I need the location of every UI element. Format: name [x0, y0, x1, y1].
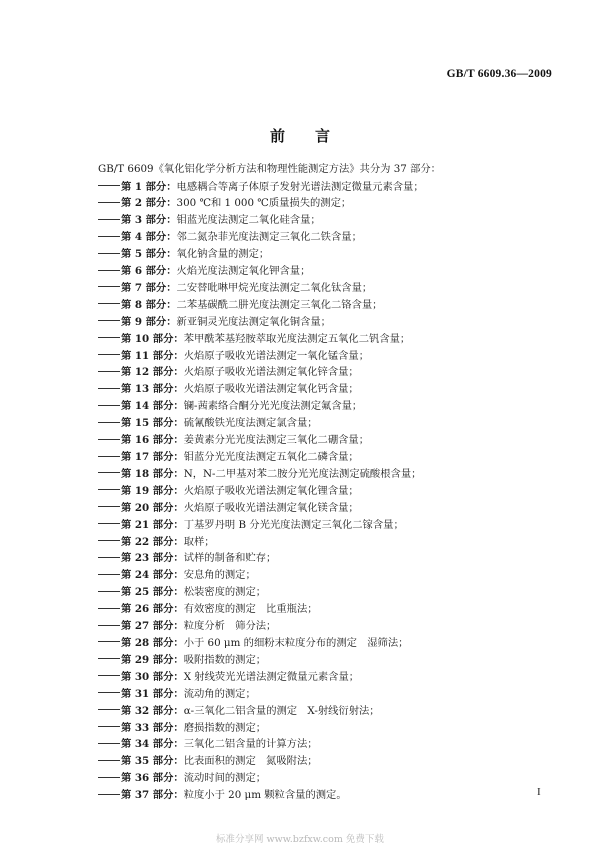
part-title: 镧-茜素络合酮分光光度法测定氟含量； [184, 400, 363, 412]
list-item-part-33: 第 33 部分：磨损指数的测定； [98, 720, 424, 737]
em-dash-bullet [98, 236, 120, 237]
list-item-part-20: 第 20 部分：火焰原子吸收光谱法测定氧化镁含量； [98, 500, 424, 517]
part-title: 火焰原子吸收光谱法测定氧化锂含量； [184, 485, 359, 497]
list-item-part-32: 第 32 部分：α-三氧化二铝含量的测定 X-射线衍射法； [98, 703, 424, 720]
em-dash-bullet [98, 286, 120, 287]
list-item-part-24: 第 24 部分：安息角的测定； [98, 567, 424, 584]
list-item-part-23: 第 23 部分：试样的制备和贮存； [98, 550, 424, 567]
list-item-part-3: 第 3 部分：钼蓝光度法测定二氧化硅含量； [98, 212, 424, 229]
part-label: 第 4 部分： [121, 231, 177, 243]
part-label: 第 12 部分： [121, 366, 184, 378]
part-label: 第 15 部分： [121, 417, 184, 429]
em-dash-bullet [98, 422, 120, 423]
em-dash-bullet [98, 523, 120, 524]
em-dash-bullet [98, 726, 120, 727]
part-label: 第 31 部分： [121, 688, 184, 700]
list-item-part-36: 第 36 部分：流动时间的测定； [98, 770, 424, 787]
part-label: 第 7 部分： [121, 282, 177, 294]
list-item-part-22: 第 22 部分：取样； [98, 534, 424, 551]
em-dash-bullet [98, 709, 120, 710]
list-item-part-35: 第 35 部分：比表面积的测定 氮吸附法； [98, 753, 424, 770]
watermark-text: 标准分享网 www.bzfxw.com 免费下载 [216, 831, 384, 845]
em-dash-bullet [98, 202, 120, 203]
em-dash-bullet [98, 185, 120, 186]
part-label: 第 33 部分： [121, 722, 184, 734]
intro-paragraph: GB/T 6609《氧化铝化学分析方法和物理性能测定方法》共分为 37 部分： [98, 162, 441, 176]
part-label: 第 23 部分： [121, 552, 184, 564]
em-dash-bullet [98, 456, 120, 457]
part-label: 第 2 部分： [121, 197, 177, 209]
em-dash-bullet [98, 557, 120, 558]
em-dash-bullet [98, 608, 120, 609]
parts-list: 第 1 部分：电感耦合等离子体原子发射光谱法测定微量元素含量；第 2 部分：30… [98, 179, 424, 805]
em-dash-bullet [98, 472, 120, 473]
part-title: 小于 60 μm 的细粉末粒度分布的测定 湿筛法； [184, 637, 409, 649]
list-item-part-28: 第 28 部分：小于 60 μm 的细粉末粒度分布的测定 湿筛法； [98, 635, 424, 652]
list-item-part-18: 第 18 部分：N，N-二甲基对苯二胺分光光度法测定硫酸根含量； [98, 466, 424, 483]
em-dash-bullet [98, 506, 120, 507]
part-title: 火焰光度法测定氧化钾含量； [177, 265, 311, 277]
part-label: 第 29 部分： [121, 654, 184, 666]
part-title: 有效密度的测定 比重瓶法； [184, 603, 318, 615]
part-label: 第 3 部分： [121, 214, 177, 226]
em-dash-bullet [98, 574, 120, 575]
part-label: 第 25 部分： [121, 586, 184, 598]
em-dash-bullet [98, 743, 120, 744]
em-dash-bullet [98, 692, 120, 693]
part-title: 新亚铜灵光度法测定氧化铜含量； [177, 316, 331, 328]
em-dash-bullet [98, 354, 120, 355]
standard-code-header: GB/T 6609.36—2009 [447, 68, 552, 80]
part-label: 第 6 部分： [121, 265, 177, 277]
part-label: 第 35 部分： [121, 755, 184, 767]
em-dash-bullet [98, 658, 120, 659]
list-item-part-34: 第 34 部分：三氧化二铝含量的计算方法； [98, 736, 424, 753]
page-title: 前言 [0, 125, 600, 146]
part-label: 第 32 部分： [121, 705, 184, 717]
em-dash-bullet [98, 320, 120, 321]
part-title: 电感耦合等离子体原子发射光谱法测定微量元素含量； [177, 181, 424, 193]
list-item-part-14: 第 14 部分：镧-茜素络合酮分光光度法测定氟含量； [98, 398, 424, 415]
part-label: 第 20 部分： [121, 502, 184, 514]
em-dash-bullet [98, 388, 120, 389]
part-title: 钼蓝光度法测定二氧化硅含量； [177, 214, 321, 226]
list-item-part-5: 第 5 部分：氧化钠含量的测定； [98, 246, 424, 263]
part-label: 第 9 部分： [121, 316, 177, 328]
part-title: 苯甲酰苯基羟胺萃取光度法测定五氧化二钒含量； [184, 333, 411, 345]
part-label: 第 30 部分： [121, 671, 184, 683]
em-dash-bullet [98, 219, 120, 220]
list-item-part-15: 第 15 部分：硫氰酸铁光度法测定氯含量； [98, 415, 424, 432]
em-dash-bullet [98, 270, 120, 271]
part-label: 第 10 部分： [121, 333, 184, 345]
list-item-part-16: 第 16 部分：姜黄素分光光度法测定三氧化二硼含量； [98, 432, 424, 449]
em-dash-bullet [98, 625, 120, 626]
part-label: 第 26 部分： [121, 603, 184, 615]
part-label: 第 34 部分： [121, 738, 184, 750]
list-item-part-7: 第 7 部分：二安替吡啉甲烷光度法测定二氧化钛含量； [98, 280, 424, 297]
part-title: 试样的制备和贮存； [184, 552, 277, 564]
em-dash-bullet [98, 337, 120, 338]
part-label: 第 5 部分： [121, 248, 177, 260]
em-dash-bullet [98, 489, 120, 490]
part-title: 硫氰酸铁光度法测定氯含量； [184, 417, 318, 429]
list-item-part-27: 第 27 部分：粒度分析 筛分法； [98, 618, 424, 635]
em-dash-bullet [98, 540, 120, 541]
list-item-part-12: 第 12 部分：火焰原子吸收光谱法测定氧化锌含量； [98, 364, 424, 381]
list-item-part-17: 第 17 部分：钼蓝分光光度法测定五氧化二磷含量； [98, 449, 424, 466]
list-item-part-25: 第 25 部分：松装密度的测定； [98, 584, 424, 601]
part-label: 第 18 部分： [121, 468, 184, 480]
list-item-part-9: 第 9 部分：新亚铜灵光度法测定氧化铜含量； [98, 314, 424, 331]
part-title: 丁基罗丹明 B 分光光度法测定三氧化二镓含量； [184, 519, 404, 531]
part-title: X 射线荧光光谱法测定微量元素含量； [184, 671, 359, 683]
part-title: 钼蓝分光光度法测定五氧化二磷含量； [184, 451, 359, 463]
list-item-part-21: 第 21 部分：丁基罗丹明 B 分光光度法测定三氧化二镓含量； [98, 517, 424, 534]
part-label: 第 11 部分： [121, 350, 184, 362]
part-label: 第 21 部分： [121, 519, 184, 531]
em-dash-bullet [98, 371, 120, 372]
list-item-part-37: 第 37 部分：粒度小于 20 μm 颗粒含量的测定。 [98, 787, 424, 804]
part-title: 火焰原子吸收光谱法测定一氧化锰含量； [184, 350, 369, 362]
list-item-part-10: 第 10 部分：苯甲酰苯基羟胺萃取光度法测定五氧化二钒含量； [98, 331, 424, 348]
part-title: 300 ℃和 1 000 ℃质量损失的测定； [177, 197, 352, 209]
list-item-part-30: 第 30 部分：X 射线荧光光谱法测定微量元素含量； [98, 669, 424, 686]
list-item-part-11: 第 11 部分：火焰原子吸收光谱法测定一氧化锰含量； [98, 348, 424, 365]
part-title: 姜黄素分光光度法测定三氧化二硼含量； [184, 434, 369, 446]
em-dash-bullet [98, 794, 120, 795]
list-item-part-19: 第 19 部分：火焰原子吸收光谱法测定氧化锂含量； [98, 483, 424, 500]
em-dash-bullet [98, 405, 120, 406]
part-title: 三氧化二铝含量的计算方法； [184, 738, 318, 750]
list-item-part-2: 第 2 部分：300 ℃和 1 000 ℃质量损失的测定； [98, 195, 424, 212]
em-dash-bullet [98, 303, 120, 304]
em-dash-bullet [98, 591, 120, 592]
list-item-part-6: 第 6 部分：火焰光度法测定氧化钾含量； [98, 263, 424, 280]
part-title: 粒度分析 筛分法； [184, 620, 277, 632]
part-title: 吸附指数的测定； [184, 654, 266, 666]
part-title: 取样； [184, 536, 215, 548]
list-item-part-13: 第 13 部分：火焰原子吸收光谱法测定氧化钙含量； [98, 381, 424, 398]
part-title: 比表面积的测定 氮吸附法； [184, 755, 318, 767]
part-label: 第 24 部分： [121, 569, 184, 581]
part-label: 第 37 部分： [121, 789, 184, 801]
part-label: 第 17 部分： [121, 451, 184, 463]
em-dash-bullet [98, 439, 120, 440]
part-title: 安息角的测定； [184, 569, 256, 581]
list-item-part-1: 第 1 部分：电感耦合等离子体原子发射光谱法测定微量元素含量； [98, 179, 424, 196]
part-title: 二苯基碳酰二肼光度法测定三氧化二铬含量； [177, 299, 383, 311]
part-label: 第 16 部分： [121, 434, 184, 446]
part-title: 松装密度的测定； [184, 586, 266, 598]
list-item-part-26: 第 26 部分：有效密度的测定 比重瓶法； [98, 601, 424, 618]
part-label: 第 27 部分： [121, 620, 184, 632]
em-dash-bullet [98, 760, 120, 761]
em-dash-bullet [98, 641, 120, 642]
part-title: 磨损指数的测定； [184, 722, 266, 734]
page-number: I [537, 786, 541, 798]
part-title: 火焰原子吸收光谱法测定氧化锌含量； [184, 366, 359, 378]
list-item-part-4: 第 4 部分：邻二氮杂菲光度法测定三氧化二铁含量； [98, 229, 424, 246]
list-item-part-31: 第 31 部分：流动角的测定； [98, 686, 424, 703]
part-title: 二安替吡啉甲烷光度法测定二氧化钛含量； [177, 282, 373, 294]
em-dash-bullet [98, 675, 120, 676]
part-label: 第 14 部分： [121, 400, 184, 412]
part-label: 第 36 部分： [121, 772, 184, 784]
part-label: 第 22 部分： [121, 536, 184, 548]
em-dash-bullet [98, 777, 120, 778]
part-title: N，N-二甲基对苯二胺分光光度法测定硫酸根含量； [184, 468, 422, 480]
part-label: 第 19 部分： [121, 485, 184, 497]
part-title: 火焰原子吸收光谱法测定氧化钙含量； [184, 383, 359, 395]
part-label: 第 8 部分： [121, 299, 177, 311]
part-label: 第 1 部分： [121, 181, 177, 193]
part-title: 邻二氮杂菲光度法测定三氧化二铁含量； [177, 231, 362, 243]
part-title: 氧化钠含量的测定； [177, 248, 270, 260]
part-title: 火焰原子吸收光谱法测定氧化镁含量； [184, 502, 359, 514]
part-label: 第 28 部分： [121, 637, 184, 649]
part-label: 第 13 部分： [121, 383, 184, 395]
em-dash-bullet [98, 253, 120, 254]
list-item-part-8: 第 8 部分：二苯基碳酰二肼光度法测定三氧化二铬含量； [98, 297, 424, 314]
part-title: 流动时间的测定； [184, 772, 266, 784]
part-title: 粒度小于 20 μm 颗粒含量的测定。 [184, 789, 347, 801]
part-title: 流动角的测定； [184, 688, 256, 700]
list-item-part-29: 第 29 部分：吸附指数的测定； [98, 652, 424, 669]
part-title: α-三氧化二铝含量的测定 X-射线衍射法； [184, 705, 380, 717]
